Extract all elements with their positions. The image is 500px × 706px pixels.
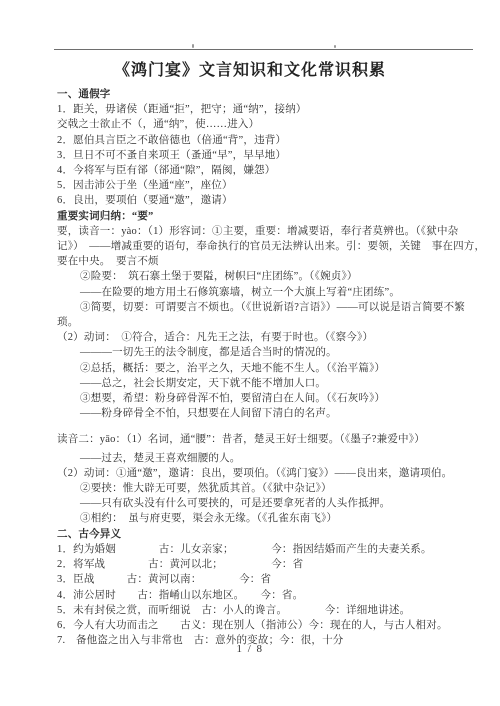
doc-line: ②要挟：惟大辟无可要，然犹质其首。（《狱中杂记》） bbox=[57, 481, 476, 496]
doc-line: 1．约为婚姻 古：儿女亲家； 今：指因结婚而产生的夫妻关系。 bbox=[57, 542, 476, 557]
doc-line: ②险要： 筑石寨土堡于要隘，树帜曰“庄团练”。（《婉贞》） bbox=[57, 269, 476, 284]
document-page: 《鸿门宴》文言知识和文化常识积累 一、通假字 1．距关，毋诸侯（距通“拒”，把守… bbox=[0, 0, 500, 706]
doc-line: 2．将军战 古：黄河以北； 今：省 bbox=[57, 557, 476, 572]
section-heading-tongjiazi: 一、通假字 bbox=[57, 87, 476, 102]
subheading-yao: 重要实词归纳：“要” bbox=[57, 209, 476, 224]
doc-line: 1．距关，毋诸侯（距通“拒”，把守；通“纳”，接纳） bbox=[57, 102, 476, 117]
doc-line: 3．旦日不可不蚤自来项王（蚤通“早”，早早地） bbox=[57, 148, 476, 163]
doc-line: ——只有砍头没有什么可要挟的，可是还要拿死者的人头作抵押。 bbox=[57, 496, 476, 511]
doc-line: 4．今将军与臣有郤（郤通“隙”，隔阂，嫌怨） bbox=[57, 163, 476, 178]
doc-line: 6．良出，要项伯（要通“邀”，邀请） bbox=[57, 193, 476, 208]
doc-line: 2．愿伯具言臣之不敢倍德也（倍通“背”，违背） bbox=[57, 133, 476, 148]
doc-line: ③简要，切要：可谓要言不烦也。（《世说新语?言语》）——可以说是语言简要不繁 bbox=[57, 300, 476, 315]
doc-line: 记》） ——增减重要的语句，奉命执行的官员无法辨认出来。引：要领，关键 事在四方… bbox=[57, 239, 476, 254]
doc-line: 4．沛公居时 古：指崤山以东地区。 今：省。 bbox=[57, 588, 476, 603]
header-mark-right bbox=[334, 45, 336, 48]
doc-line: ③相约： 虽与府吏要，渠会永无缘。（《孔雀东南飞》） bbox=[57, 511, 476, 526]
page-title: 《鸿门宴》文言知识和文化常识积累 bbox=[0, 57, 500, 80]
doc-line: ③想要，希望：粉身碎骨浑不怕，要留清白在人间。（《石灰吟》） bbox=[57, 391, 476, 406]
doc-line: ——过去，楚灵王喜欢细腰的人。 bbox=[57, 451, 476, 466]
doc-line: 交戟之士欲止不（，通“纳”，使……进入） bbox=[57, 117, 476, 132]
header-rule bbox=[54, 49, 473, 50]
doc-line: （2）动词： ①符合，适合：凡先王之法，有要于时也。（《察今》） bbox=[57, 330, 476, 345]
doc-line: 要，读音一：yào：（1）形容词：①主要，重要：增减要语，奉行者莫辨也。（《狱中… bbox=[57, 224, 476, 239]
doc-line: ———一切先王的法令制度，都是适合当时的情况的。 bbox=[57, 345, 476, 360]
doc-line: ——粉身碎骨全不怕，只想要在人间留下清白的名声。 bbox=[57, 406, 476, 421]
page-number: 1 / 8 bbox=[0, 643, 500, 655]
header-mark-left bbox=[192, 44, 194, 48]
doc-line: （2）动词：①通“邀”，邀请：良出，要项伯。（《鸿门宴》）——良出来，邀请项伯。 bbox=[57, 466, 476, 481]
doc-line: ——在险要的地方用土石修筑寨墙，树立一个大旗上写着“庄团练”。 bbox=[57, 285, 476, 300]
doc-line: 琐。 bbox=[57, 315, 476, 330]
doc-line: 5．因击沛公于坐（坐通“座”，座位） bbox=[57, 178, 476, 193]
section-heading-gujinyiyi: 二、古今异义 bbox=[57, 527, 476, 542]
doc-line: ——总之，社会长期安定，天下就不能不增加人口。 bbox=[57, 376, 476, 391]
document-body: 一、通假字 1．距关，毋诸侯（距通“拒”，把守；通“纳”，接纳） 交戟之士欲止不… bbox=[57, 87, 476, 648]
doc-line: 5．未有封侯之赏，而听细说 古：小人的谗言。 今：详细地讲述。 bbox=[57, 603, 476, 618]
doc-line: 读音二：yāo：（1）名词，通“腰”：昔者，楚灵王好士细要。（《墨子?兼爱中》） bbox=[57, 432, 476, 447]
doc-line: 3．臣战 古：黄河以南： 今：省 bbox=[57, 572, 476, 587]
doc-line: 要在中央。 要言不烦 bbox=[57, 254, 476, 269]
doc-line: ②总括，概括：要之，治平之久，天地不能不生人。（《治平篇》） bbox=[57, 361, 476, 376]
doc-line: 6．今人有大功而击之 古义：现在别人（指沛公）今：现在的人，与古人相对。 bbox=[57, 618, 476, 633]
